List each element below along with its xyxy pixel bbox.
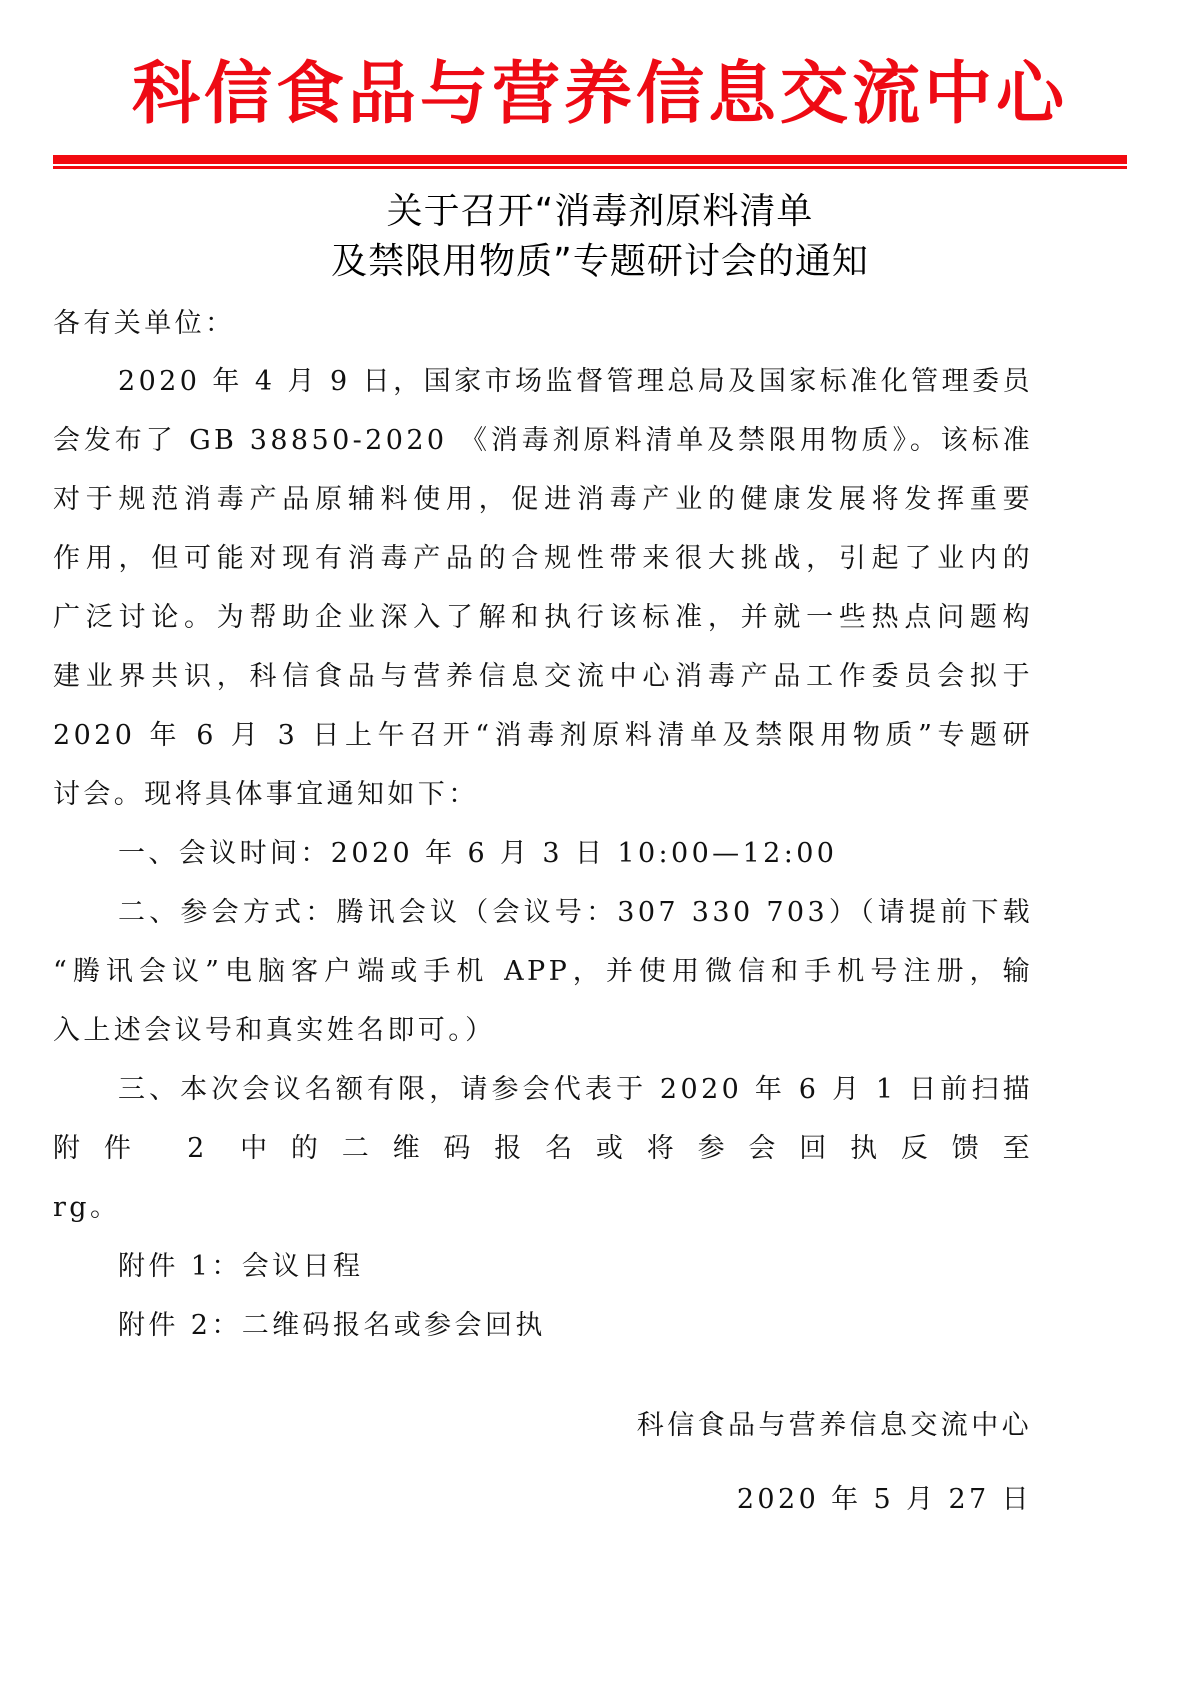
item-registration-line: rg。: [53, 1188, 1033, 1228]
masthead-organization-name: 科信食品与营养信息交流中心: [0, 50, 1200, 140]
body-line: 建业界共识，科信食品与营养信息交流中心消毒产品工作委员会拟于: [53, 657, 1033, 697]
item-meeting-time: 一、会议时间：2020 年 6 月 3 日 10:00—12:00: [118, 834, 1098, 874]
masthead-thin-rule: [53, 166, 1127, 169]
notice-title-line-1: 关于召开“消毒剂原料清单: [0, 186, 1200, 238]
body-line: 作用，但可能对现有消毒产品的合规性带来很大挑战，引起了业内的: [53, 539, 1033, 579]
body-line: 讨会。现将具体事宜通知如下：: [53, 775, 1033, 815]
body-line: 广泛讨论。为帮助企业深入了解和执行该标准，并就一些热点问题构: [53, 598, 1033, 638]
signature-date: 2020 年 5 月 27 日: [737, 1480, 1032, 1520]
attachment-1: 附件 1：会议日程: [118, 1247, 1098, 1287]
item-meeting-method-line: 二、参会方式：腾讯会议（会议号：307 330 703）（请提前下载: [118, 893, 1033, 933]
signature-organization: 科信食品与营养信息交流中心: [637, 1406, 1032, 1446]
masthead-thick-rule: [53, 155, 1127, 164]
notice-title-line-2: 及禁限用物质”专题研讨会的通知: [0, 236, 1200, 288]
body-line: 2020 年 4 月 9 日，国家市场监督管理总局及国家标准化管理委员: [118, 362, 1033, 402]
item-meeting-method-line: 入上述会议号和真实姓名即可。）: [53, 1011, 1033, 1051]
item-registration-line: 附件 2 中的二维码报名或将参会回执反馈至 zhaoxiuwen@chinafi…: [53, 1129, 1033, 1169]
body-line: 会发布了 GB 38850-2020 《消毒剂原料清单及禁限用物质》。该标准: [53, 421, 1033, 461]
attachment-2: 附件 2：二维码报名或参会回执: [118, 1306, 1098, 1346]
item-registration-line: 三、本次会议名额有限，请参会代表于 2020 年 6 月 1 日前扫描: [118, 1070, 1033, 1110]
body-line: 2020 年 6 月 3 日上午召开“消毒剂原料清单及禁限用物质”专题研: [53, 716, 1033, 756]
item-meeting-method-line: “腾讯会议”电脑客户端或手机 APP，并使用微信和手机号注册，输: [53, 952, 1033, 992]
body-line: 对于规范消毒产品原辅料使用，促进消毒产业的健康发展将发挥重要: [53, 480, 1033, 520]
salutation: 各有关单位：: [53, 304, 1033, 344]
